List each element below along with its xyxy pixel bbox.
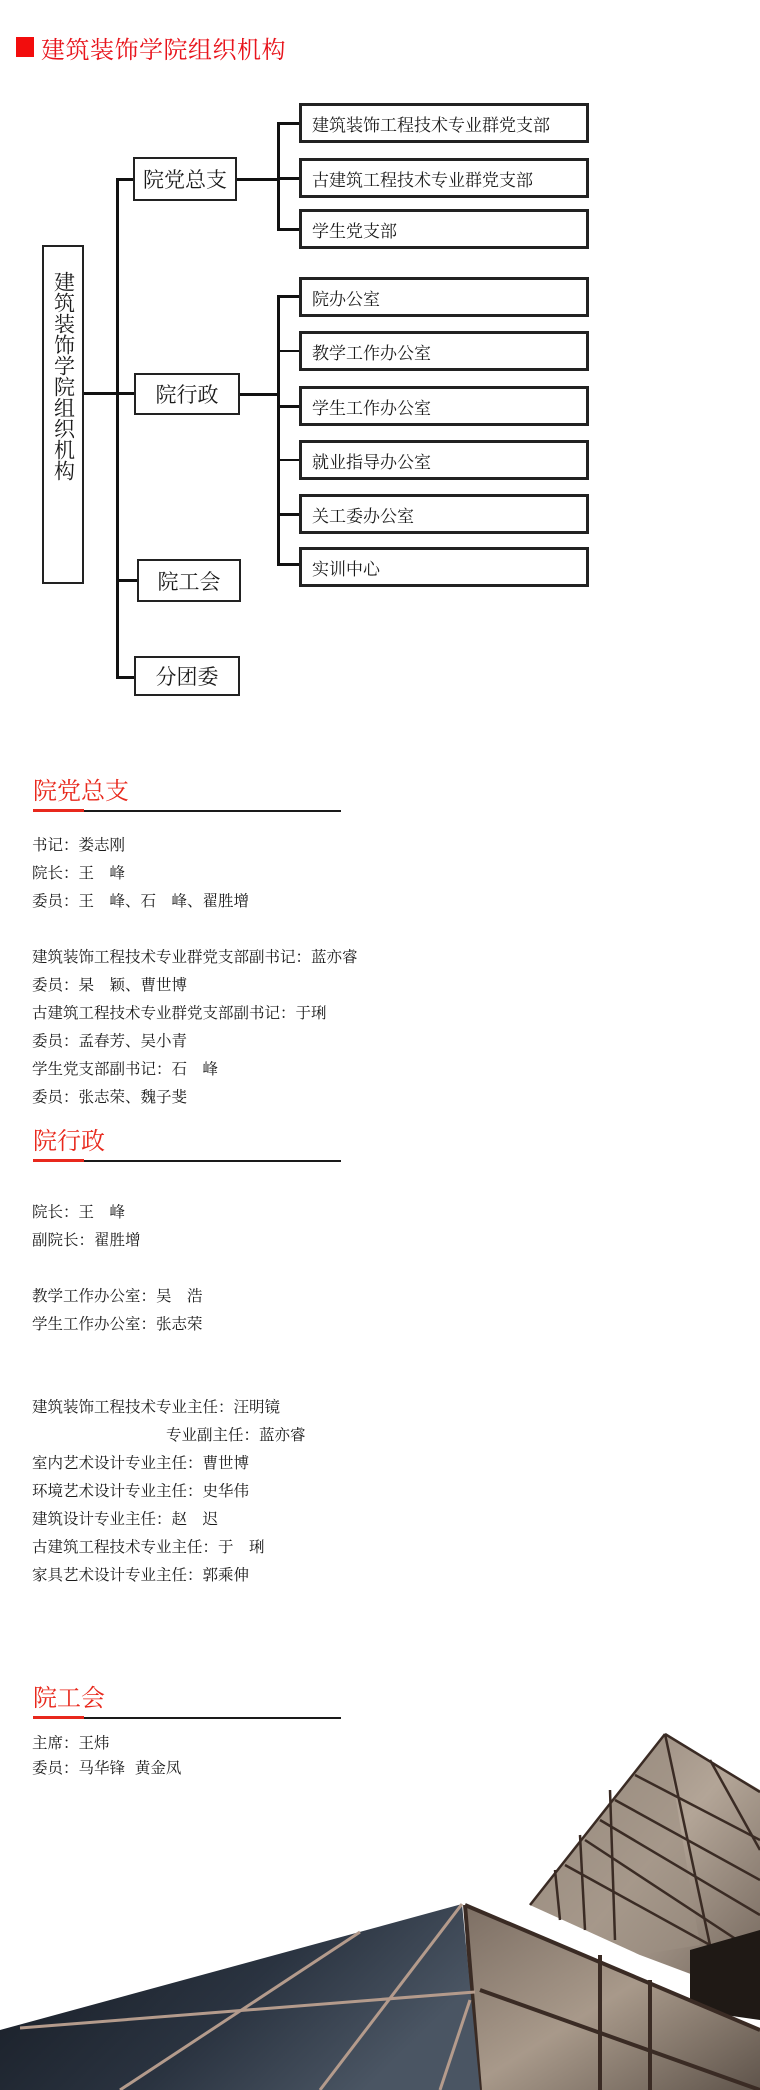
info-line: 院长：王 峰 [32,861,125,883]
org-subnode-label: 院办公室 [312,285,380,310]
org-root-box: 建筑装饰学院组织机构 [42,245,84,584]
org-node-youth-league: 分团委 [134,656,240,696]
connector-line [277,459,301,461]
info-line: 书记：娄志刚 [32,833,125,855]
connector-line [116,579,138,582]
info-line: 委员：孟春芳、吴小青 [32,1029,187,1051]
connector-line [237,178,279,181]
org-node-label: 院党总支 [143,164,227,194]
org-subnode-label: 实训中心 [312,555,380,580]
org-subnode: 实训中心 [299,547,589,587]
org-node-label: 院工会 [158,566,221,596]
org-subnode-label: 学生党支部 [312,217,397,242]
org-subnode: 学生党支部 [299,209,589,249]
org-subnode: 院办公室 [299,277,589,317]
heading-underline-accent [33,809,84,812]
org-subnode: 就业指导办公室 [299,440,589,480]
connector-line [277,563,301,566]
info-line: 副院长：翟胜增 [32,1228,141,1250]
info-line: 委员：张志荣、魏子斐 [32,1085,187,1107]
org-subnode: 教学工作办公室 [299,331,589,371]
org-node-union: 院工会 [137,559,241,602]
connector-line [277,122,301,125]
connector-line [277,228,301,231]
info-line: 委员：王 峰、石 峰、翟胜增 [32,889,249,911]
org-root-label: 建筑装饰学院组织机构 [53,271,74,481]
section-heading-party: 院党总支 [33,776,341,812]
org-subnode: 建筑装饰工程技术专业群党支部 [299,103,589,143]
info-line: 学生工作办公室：张志荣 [32,1312,203,1334]
connector-line [116,178,134,181]
org-node-party-branch: 院党总支 [133,157,237,201]
connector-line [277,295,280,565]
info-line: 专业副主任：蓝亦睿 [166,1423,306,1445]
page-title: 建筑装饰学院组织机构 [16,32,286,62]
connector-line [277,350,301,352]
section-heading-text: 院行政 [33,1121,105,1156]
info-line: 教学工作办公室：吴 浩 [32,1284,203,1306]
connector-line [240,393,278,396]
org-subnode-label: 建筑装饰工程技术专业群党支部 [312,111,550,136]
org-subnode-label: 学生工作办公室 [312,394,431,419]
org-subnode-label: 就业指导办公室 [312,448,431,473]
info-line: 学生党支部副书记：石 峰 [32,1057,218,1079]
connector-line [84,392,134,395]
org-subnode-label: 教学工作办公室 [312,339,431,364]
info-line: 古建筑工程技术专业群党支部副书记：于琍 [32,1001,327,1023]
info-line: 环境艺术设计专业主任：史华伟 [32,1479,249,1501]
org-subnode: 关工委办公室 [299,494,589,534]
connector-line [116,676,134,679]
connector-line [277,405,301,408]
org-subnode: 学生工作办公室 [299,386,589,426]
page-title-text: 建筑装饰学院组织机构 [41,30,286,65]
org-subnode: 古建筑工程技术专业群党支部 [299,158,589,198]
org-node-label: 院行政 [156,379,219,409]
org-subnode-label: 古建筑工程技术专业群党支部 [312,166,533,191]
org-subnode-label: 关工委办公室 [312,502,414,527]
org-node-label: 分团委 [156,661,219,691]
info-line: 委员：杲 颖、曹世博 [32,973,187,995]
info-line: 建筑装饰工程技术专业群党支部副书记：蓝亦睿 [32,945,358,967]
section-heading-text: 院党总支 [33,771,129,806]
connector-line [277,177,301,180]
red-square-icon [16,37,34,57]
org-node-administration: 院行政 [134,373,240,415]
connector-line [277,122,280,230]
connector-line [277,513,301,516]
glass-building-photo [0,1700,760,2090]
connector-line [116,178,119,679]
info-line: 建筑装饰工程技术专业主任：汪明镜 [32,1395,280,1417]
info-line: 院长：王 峰 [32,1200,125,1222]
info-line: 古建筑工程技术专业主任：于 琍 [32,1535,265,1557]
heading-underline-accent [33,1159,84,1162]
section-heading-admin: 院行政 [33,1126,341,1162]
info-line: 建筑设计专业主任：赵 迟 [32,1507,218,1529]
info-line: 家具艺术设计专业主任：郭乘伸 [32,1563,249,1585]
info-line: 室内艺术设计专业主任：曹世博 [32,1451,249,1473]
connector-line [277,295,301,298]
